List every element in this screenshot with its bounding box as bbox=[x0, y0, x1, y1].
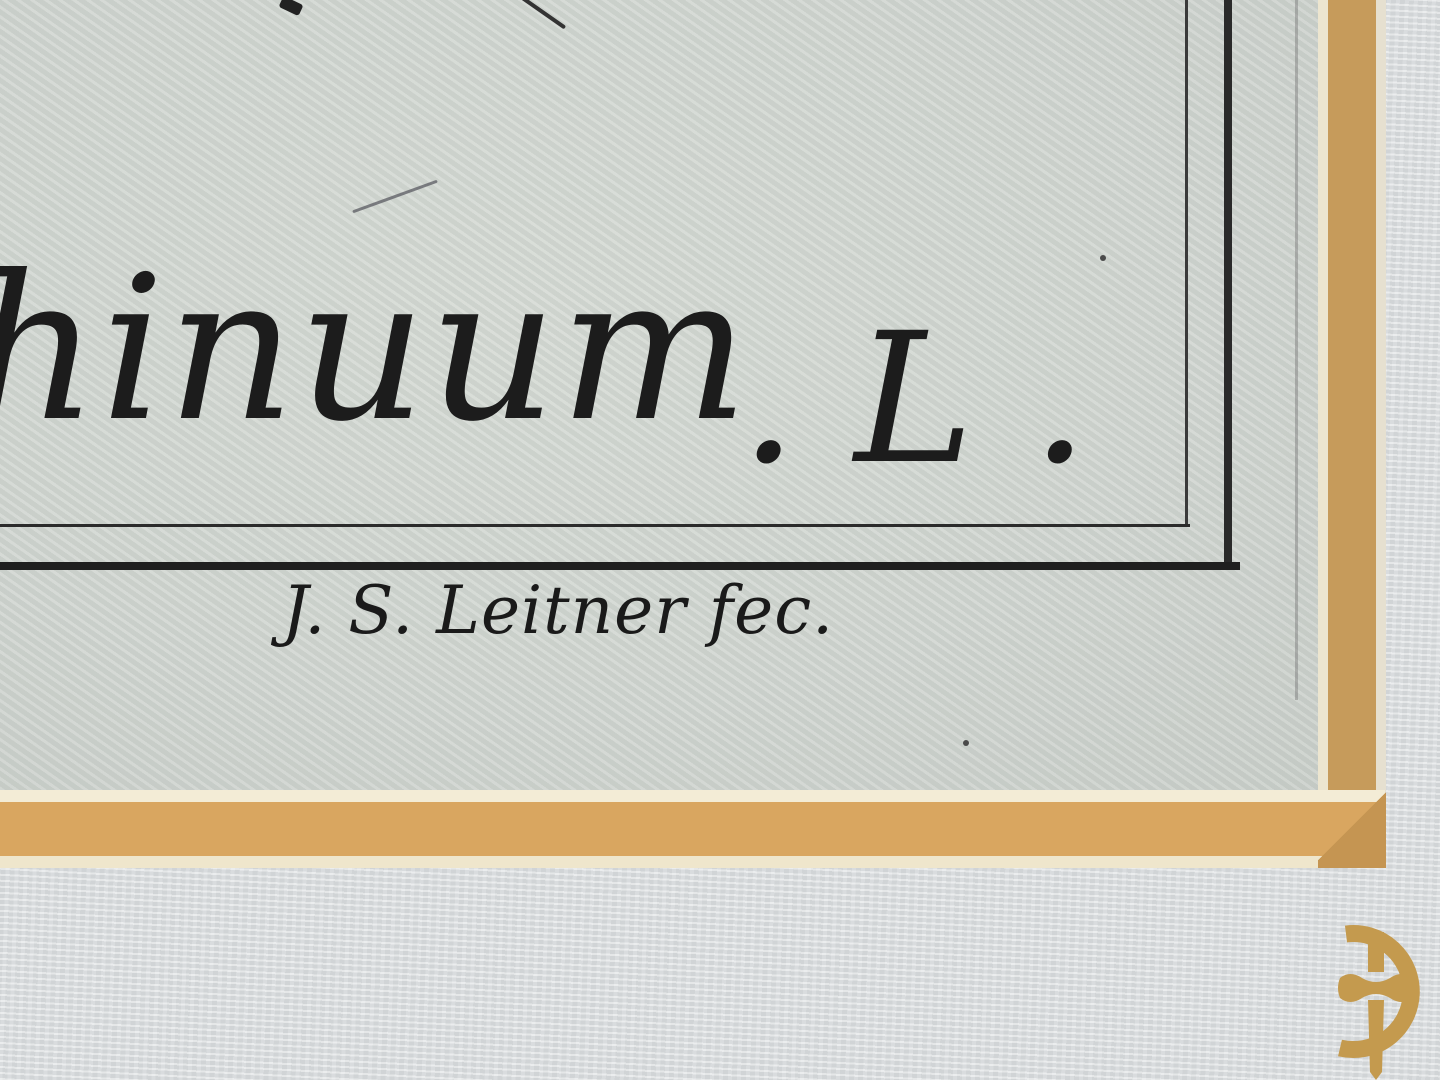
auction-gavel-logo-icon bbox=[1318, 912, 1440, 1080]
mat-bevel-bottom bbox=[0, 790, 1385, 868]
plate-border-inner-right bbox=[1185, 0, 1188, 527]
plate-border-inner-bottom bbox=[0, 524, 1190, 527]
engraving-paper: hinuum . L . J. S. Leitner fec. bbox=[0, 0, 1318, 790]
plate-title-text: hinuum bbox=[0, 250, 751, 450]
mat-bevel-corner bbox=[1318, 790, 1386, 868]
ink-speck bbox=[963, 740, 969, 746]
plate-border-outer-bottom bbox=[0, 562, 1240, 570]
ink-speck bbox=[1100, 255, 1106, 261]
plate-border-outer-right bbox=[1224, 0, 1232, 570]
engraved-stroke bbox=[519, 0, 566, 29]
mat-bevel-right bbox=[1318, 0, 1386, 868]
engraved-stroke bbox=[278, 0, 303, 16]
plate-title-abbreviation: . L . bbox=[740, 310, 1088, 490]
artwork-photo: hinuum . L . J. S. Leitner fec. bbox=[0, 0, 1440, 1080]
engraved-stroke bbox=[352, 180, 438, 214]
engraver-signature: J. S. Leitner fec. bbox=[282, 578, 834, 644]
plate-mark bbox=[1295, 0, 1298, 700]
